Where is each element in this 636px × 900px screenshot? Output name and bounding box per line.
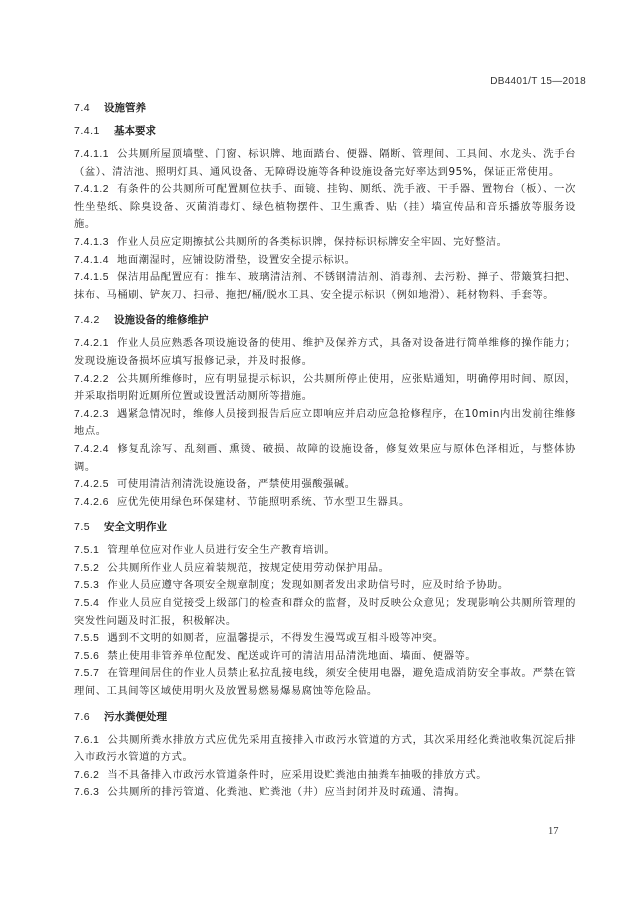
clause-7-4-2-3: 7.4.2.3遇紧急情况时，维修人员接到报告后应立即响应并启动应急抢修程序，在1…: [74, 406, 576, 441]
clause-7-5-5: 7.5.5遇到不文明的如厕者，应温馨提示，不得发生漫骂或互相斗殴等冲突。: [74, 630, 576, 648]
clause-7-5-1: 7.5.1管理单位应对作业人员进行安全生产教育培训。: [74, 542, 576, 560]
subsection-heading-7-4-2: 7.4.2设施设备的维修维护: [74, 312, 576, 329]
section-heading-7-4: 7.4设施管养: [74, 100, 576, 117]
clause-7-4-2-2: 7.4.2.2公共厕所维修时，应有明显提示标识，公共厕所停止使用，应张贴通知，明…: [74, 371, 576, 406]
clause-7-4-2-5: 7.4.2.5可使用清洁剂清洗设施设备，严禁使用强酸强碱。: [74, 476, 576, 494]
document-page: DB4401/T 15—2018 7.4设施管养 7.4.1基本要求 7.4.1…: [0, 0, 636, 900]
clause-7-4-1-5: 7.4.1.5保洁用品配置应有：推车、玻璃清洁剂、不锈钢清洁剂、消毒剂、去污粉、…: [74, 269, 576, 304]
clause-7-6-1: 7.6.1公共厕所粪水排放方式应优先采用直接排入市政污水管道的方式，其次采用经化…: [74, 732, 576, 767]
section-heading-7-5: 7.5安全文明作业: [74, 519, 576, 536]
clause-7-4-2-6: 7.4.2.6应优先使用绿色环保建材、节能照明系统、节水型卫生器具。: [74, 494, 576, 512]
subsection-heading-7-4-1: 7.4.1基本要求: [74, 123, 576, 140]
clause-7-4-2-4: 7.4.2.4修复乱涂写、乱刻画、熏烫、破损、故障的设施设备，修复效果应与原体色…: [74, 441, 576, 476]
clause-7-4-1-1: 7.4.1.1公共厕所屋顶墙壁、门窗、标识牌、地面踏台、便器、隔断、管理间、工具…: [74, 146, 576, 181]
clause-7-5-6: 7.5.6禁止使用非管养单位配发、配送或许可的清洁用品清洗地面、墙面、便器等。: [74, 648, 576, 666]
clause-7-5-7: 7.5.7在管理间居住的作业人员禁止私拉乱接电线，须安全使用电器，避免造成消防安…: [74, 665, 576, 700]
clause-7-4-2-1: 7.4.2.1作业人员应熟悉各项设施设备的使用、维护及保养方式，具备对设备进行简…: [74, 335, 576, 370]
clause-7-5-3: 7.5.3作业人员应遵守各项安全规章制度；发现如厕者发出求助信号时，应及时给予协…: [74, 577, 576, 595]
document-standard-id: DB4401/T 15—2018: [490, 76, 586, 87]
clause-7-4-1-3: 7.4.1.3作业人员应定期擦拭公共厕所的各类标识牌，保持标识标牌安全牢固、完好…: [74, 234, 576, 252]
clause-7-6-2: 7.6.2当不具备排入市政污水管道条件时，应采用设贮粪池由抽粪车抽吸的排放方式。: [74, 767, 576, 785]
section-heading-7-6: 7.6污水粪便处理: [74, 709, 576, 726]
clause-7-4-1-2: 7.4.1.2有条件的公共厕所可配置厕位扶手、面镜、挂钩、厕纸、洗手液、干手器、…: [74, 181, 576, 234]
clause-7-6-3: 7.6.3公共厕所的排污管道、化粪池、贮粪池（井）应当封闭并及时疏通、清掏。: [74, 784, 576, 802]
clause-7-5-4: 7.5.4作业人员应自觉接受上级部门的检查和群众的监督，及时反映公众意见；发现影…: [74, 595, 576, 630]
document-body: 7.4设施管养 7.4.1基本要求 7.4.1.1公共厕所屋顶墙壁、门窗、标识牌…: [74, 100, 576, 802]
clause-7-4-1-4: 7.4.1.4地面潮湿时，应铺设防滑垫，设置安全提示标识。: [74, 252, 576, 270]
page-number: 17: [548, 826, 559, 837]
clause-7-5-2: 7.5.2公共厕所作业人员应着装规范，按规定使用劳动保护用品。: [74, 560, 576, 578]
